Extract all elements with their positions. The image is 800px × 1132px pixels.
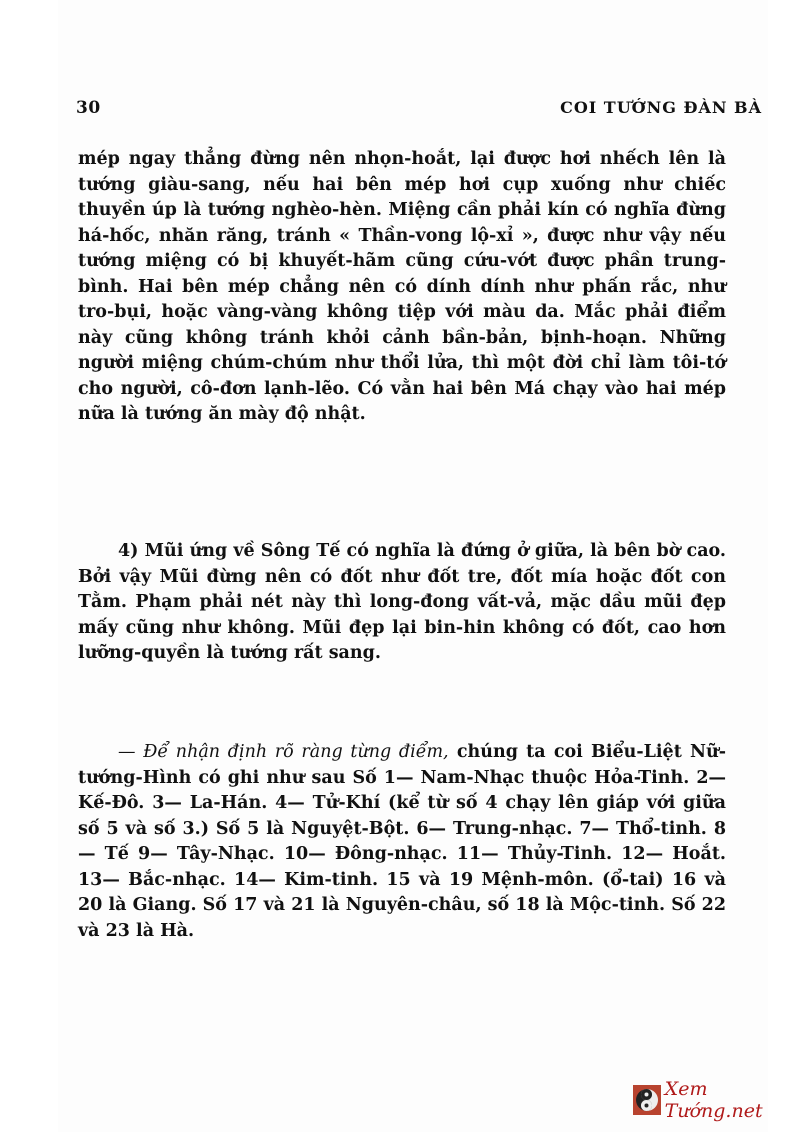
- watermark-text: Xem Tướng.net: [665, 1078, 800, 1122]
- paragraph-rest: chúng ta coi Biểu-Liệt Nữ-tướng-Hình có …: [78, 742, 726, 941]
- paragraph-nose: 4) Mũi ứng về Sông Tế có nghĩa là đứng ở…: [78, 539, 726, 667]
- paragraph-chart-legend: — Để nhận định rõ ràng từng điểm, chúng …: [78, 740, 726, 944]
- running-header: 30 COI TƯỚNG ĐÀN BÀ: [76, 98, 762, 118]
- paragraph-mouth: mép ngay thẳng đừng nên nhọn-hoắt, lại đ…: [78, 147, 726, 428]
- paragraph-text: 4) Mũi ứng về Sông Tế có nghĩa là đứng ở…: [78, 539, 726, 667]
- site-watermark: Xem Tướng.net: [633, 1078, 800, 1122]
- italic-lead: — Để nhận định rõ ràng từng điểm,: [118, 742, 449, 762]
- yin-yang-icon: [636, 1089, 658, 1111]
- paragraph-text: — Để nhận định rõ ràng từng điểm, chúng …: [78, 740, 726, 944]
- page-number: 30: [76, 98, 101, 118]
- logo-box: [633, 1085, 661, 1115]
- paragraph-text: mép ngay thẳng đừng nên nhọn-hoắt, lại đ…: [78, 147, 726, 428]
- book-title: COI TƯỚNG ĐÀN BÀ: [560, 98, 762, 117]
